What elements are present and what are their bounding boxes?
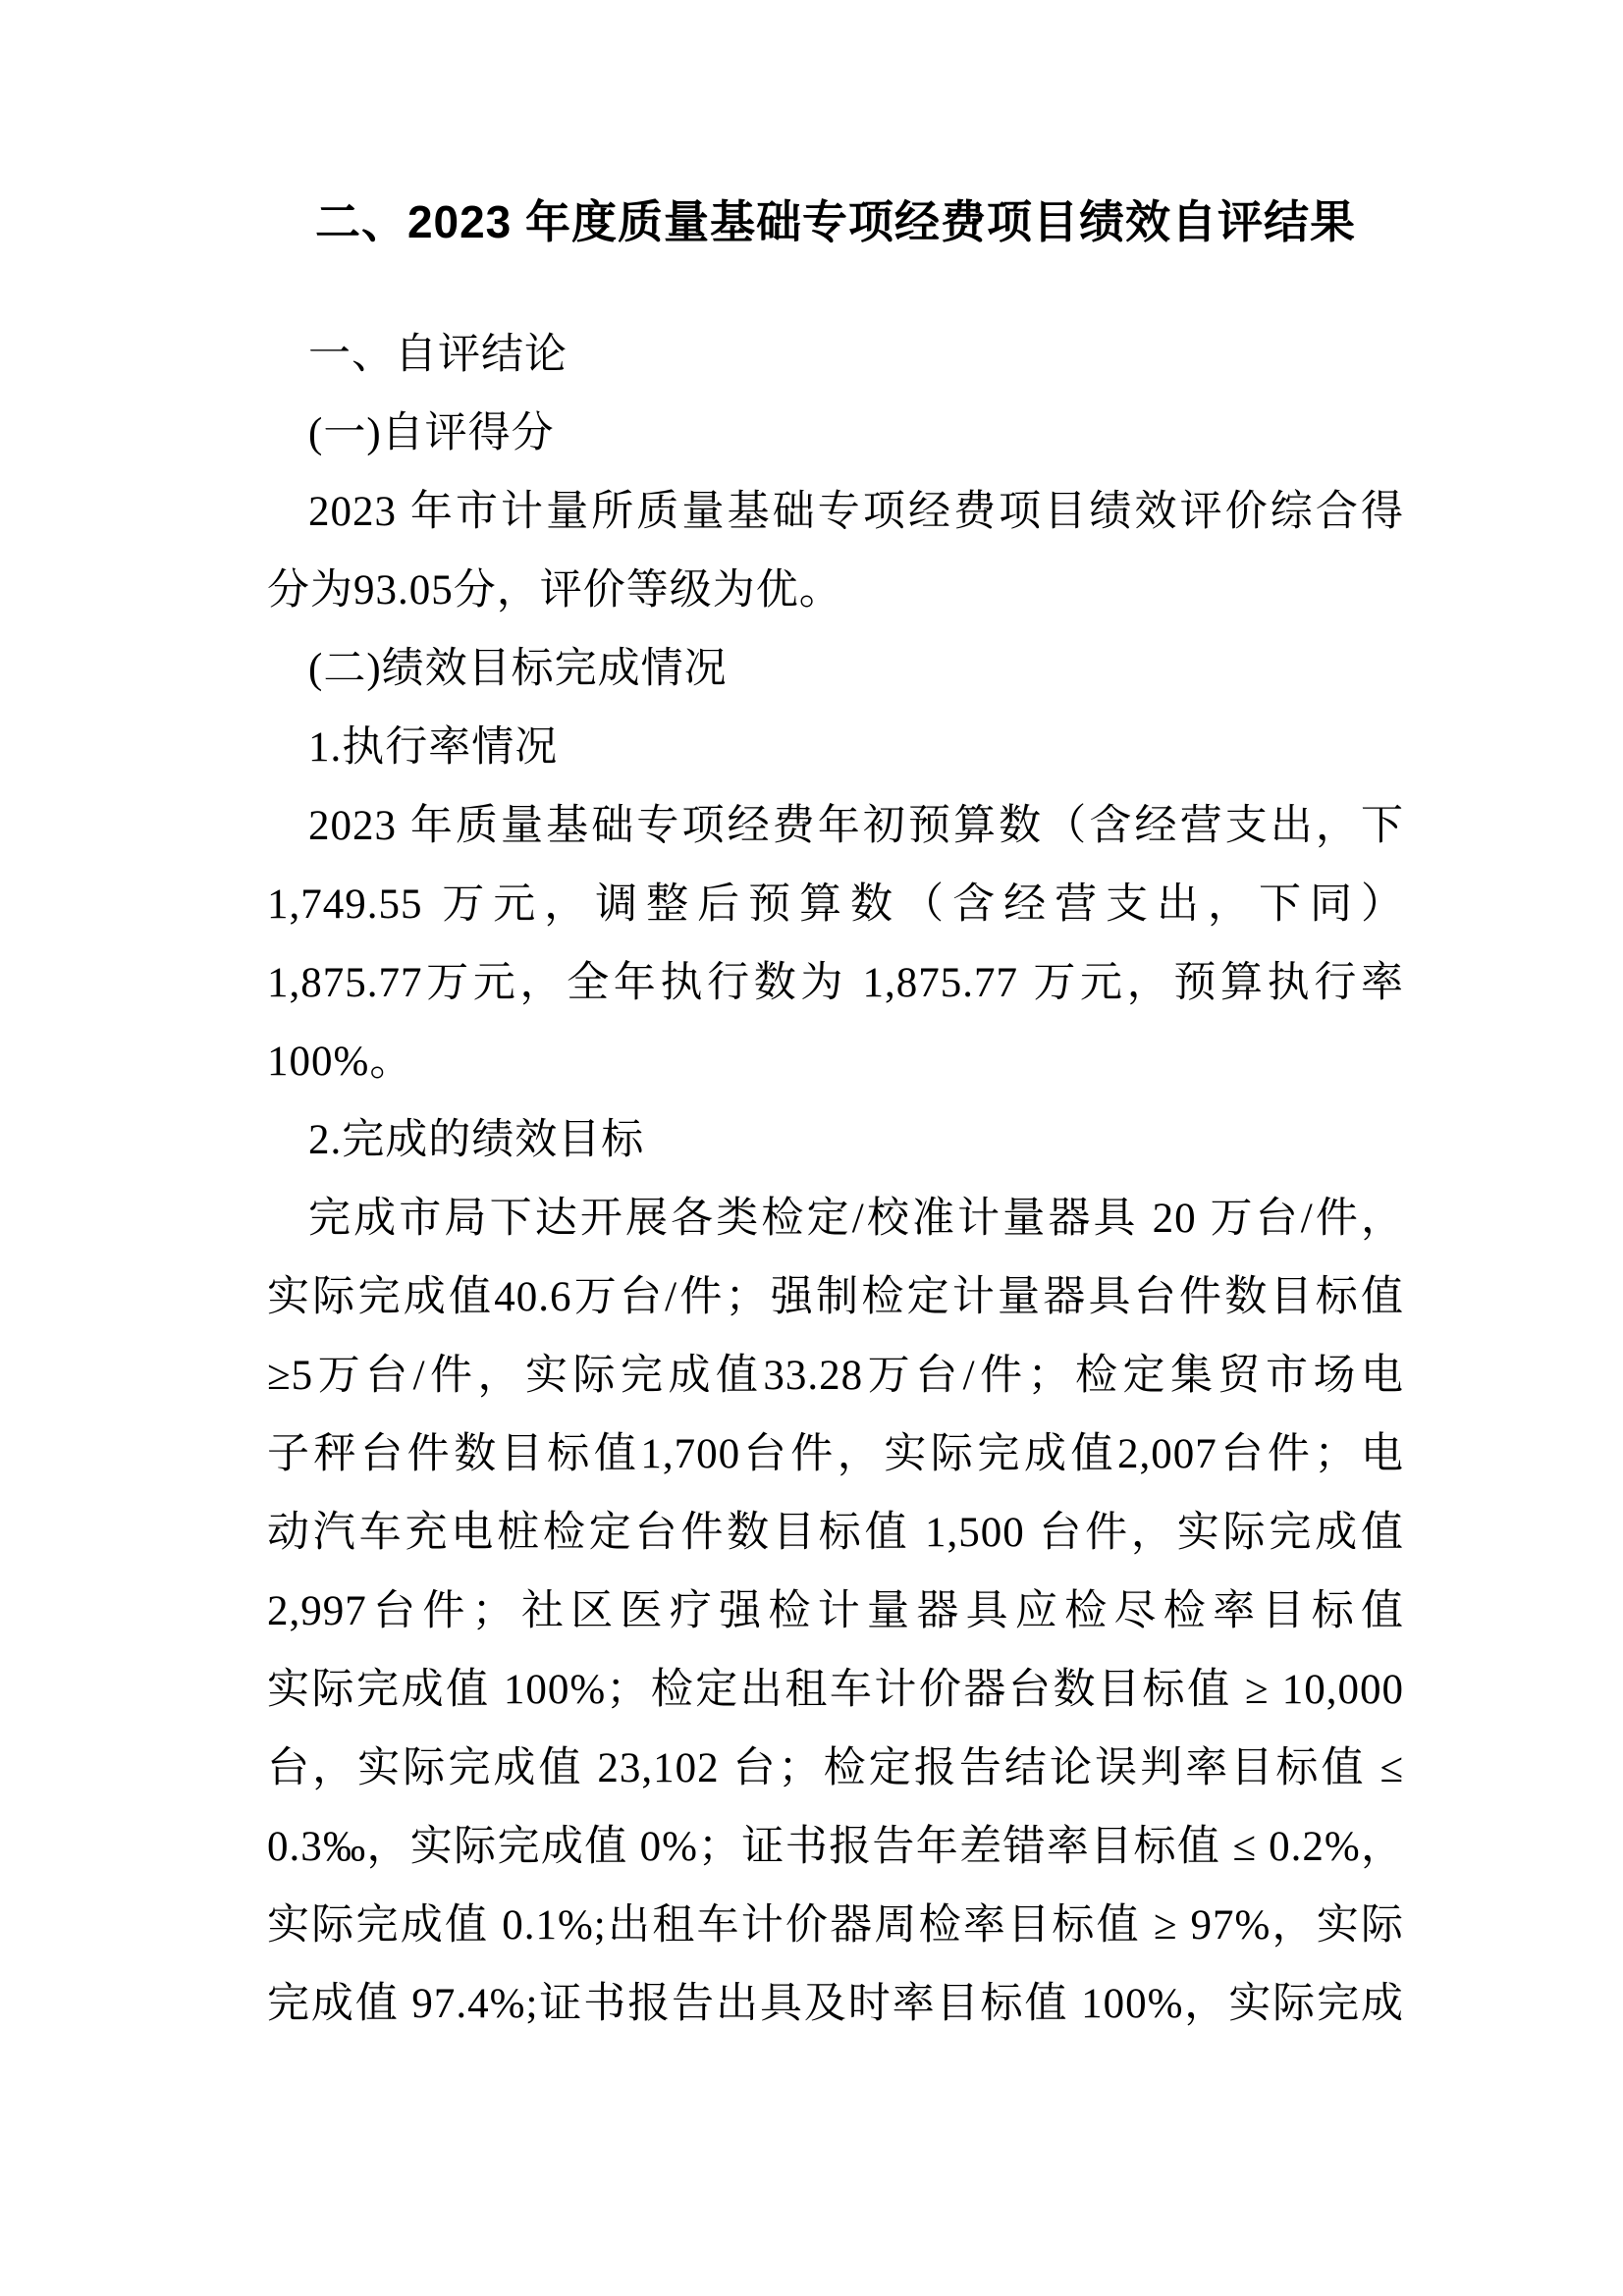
text-line: (二)绩效目标完成情况: [267, 630, 1404, 709]
document-content: 二、2023 年度质量基础专项经费项目绩效自评结果 一、自评结论 (一)自评得分…: [267, 183, 1404, 2044]
text-line: ≥5万台/件，实际完成值33.28万台/件；检定集贸市场电: [267, 1337, 1404, 1415]
text-line: 1.执行率情况: [267, 709, 1404, 787]
document-title: 二、2023 年度质量基础专项经费项目绩效自评结果: [267, 183, 1404, 261]
text-line: 实际完成值40.6万台/件；强制检定计量器具台件数目标值: [267, 1258, 1404, 1337]
text-line: 100%。: [267, 1023, 1404, 1101]
text-line: 2023 年质量基础专项经费年初预算数（含经营支出，下同）: [267, 787, 1404, 866]
text-line: (一)自评得分: [267, 395, 1404, 473]
text-line: 2023 年市计量所质量基础专项经费项目绩效评价综合得: [267, 473, 1404, 552]
text-line: 动汽车充电桩检定台件数目标值 1,500 台件，实际完成值: [267, 1494, 1404, 1573]
text-line: 实际完成值 0.1%;出租车计价器周检率目标值 ≥ 97%，实际: [267, 1887, 1404, 1965]
text-line: 台，实际完成值 23,102 台；检定报告结论误判率目标值 ≤: [267, 1730, 1404, 1808]
document-page: 二、2023 年度质量基础专项经费项目绩效自评结果 一、自评结论 (一)自评得分…: [0, 0, 1623, 2296]
text-line: 一、自评结论: [267, 316, 1404, 395]
text-line: 2.完成的绩效目标: [267, 1101, 1404, 1180]
text-line: 子秤台件数目标值1,700台件，实际完成值2,007台件；电: [267, 1415, 1404, 1494]
text-line: 1,749.55 万元，调整后预算数（含经营支出，下同）: [267, 866, 1404, 944]
text-line: 完成市局下达开展各类检定/校准计量器具 20 万台/件，: [267, 1180, 1404, 1258]
document-body: 一、自评结论 (一)自评得分 2023 年市计量所质量基础专项经费项目绩效评价综…: [267, 316, 1404, 2044]
text-line: 分为93.05分，评价等级为优。: [267, 552, 1404, 630]
text-line: 2,997台件；社区医疗强检计量器具应检尽检率目标值100%，: [267, 1573, 1404, 1651]
text-line: 0.3‰，实际完成值 0%；证书报告年差错率目标值 ≤ 0.2%，: [267, 1808, 1404, 1887]
text-line: 1,875.77万元，全年执行数为 1,875.77 万元，预算执行率: [267, 944, 1404, 1023]
text-line: 实际完成值 100%；检定出租车计价器台数目标值 ≥ 10,000: [267, 1651, 1404, 1730]
text-line: 完成值 97.4%;证书报告出具及时率目标值 100%，实际完成: [267, 1965, 1404, 2044]
